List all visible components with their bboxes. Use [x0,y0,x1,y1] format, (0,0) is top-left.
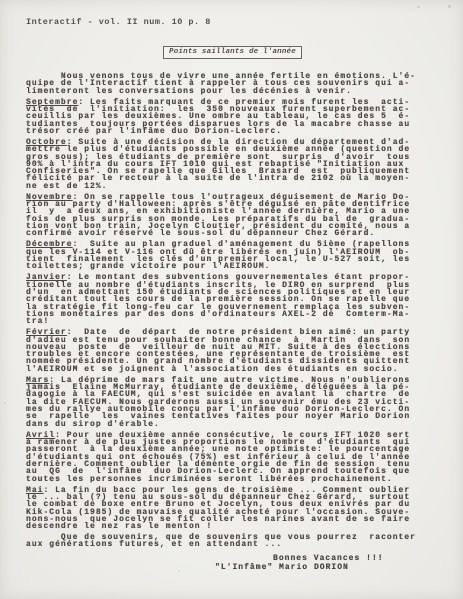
title-row: Points saillants de l'année [26,40,439,59]
paragraph-decembre: Décembre: Suite au plan graduel d'aménag… [26,241,439,270]
month-text-decembre: : Suite au plan graduel d'aménagement du… [26,240,410,271]
month-text-mars: : La déprime de mars fait une autre vict… [26,376,410,429]
scan-speck [448,5,451,8]
paragraph-octobre: Octobre: Suite à une décision de la dire… [26,139,439,190]
month-text-fevrier: : Date de départ de notre président bien… [26,328,410,373]
month-text-octobre: : Suite à une décision de la direction d… [26,138,410,191]
masthead: Interactif - vol. II num. 10 p. 8 [26,17,439,27]
scanned-newsletter-page: Interactif - vol. II num. 10 p. 8 Points… [0,0,463,599]
month-text-janvier: : Le montant des subventions gouvernemen… [26,273,410,326]
month-text-novembre: : On se rappelle tous l'outrageux déguis… [26,193,410,238]
month-text-avril: : Pour une deuxième année consécutive, l… [26,431,410,484]
page-title: Points saillants de l'année [163,46,302,59]
month-text-mai: : La fin du bacc pour les gens de troisi… [26,486,410,531]
scan-speck [4,402,6,404]
paragraph-avril: Avril: Pour une deuxième année consécuti… [26,432,439,483]
intro-paragraph: Nous venons tous de vivre une année fert… [26,73,439,95]
signoff-signature: "L'Infâme" Mario DORION [215,564,439,571]
month-text-septembre: : Les faits marquant de ce premier mois … [26,98,410,136]
scan-speck [417,6,420,8]
scan-speck [178,570,180,572]
paragraph-mai: Mai: La fin du bacc pour les gens de tro… [26,487,439,531]
article-body: Nous venons tous de vivre une année fert… [26,73,439,549]
paragraph-janvier: Janvier: Le montant des subventions gouv… [26,274,439,325]
closing-paragraph: Que de souvenirs, que de souvenirs que v… [26,534,439,549]
signoff-vacances: Bonnes Vacances !!! [273,555,439,562]
paragraph-fevrier: Février: Date de départ de notre préside… [26,329,439,373]
paragraph-novembre: Novembre: On se rappelle tous l'outrageu… [26,194,439,238]
paragraph-mars: Mars: La déprime de mars fait une autre … [26,377,439,428]
paragraph-septembre: Septembre: Les faits marquant de ce prem… [26,99,439,135]
